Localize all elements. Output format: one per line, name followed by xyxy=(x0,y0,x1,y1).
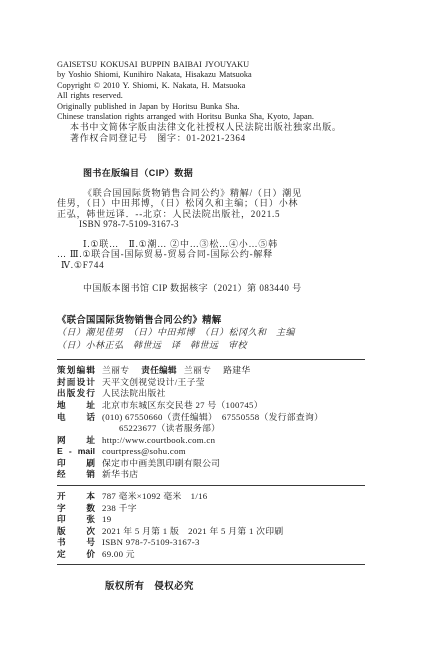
cip-line: 《联合国国际货物销售合同公约》精解/（日）潮见 xyxy=(57,188,365,199)
cip-description: 《联合国国际货物销售合同公约》精解/（日）潮见 佳男，（日）中田邦博，（日）松冈… xyxy=(57,188,365,230)
isbn-row: 书号 ISBN 978-7-5109-3167-3 xyxy=(57,537,365,549)
cover-design-row: 封面设计 天平文创视觉设计/王子莹 xyxy=(57,377,365,389)
cip-class-line: Ⅰ.①联… Ⅱ.①潮… ②中…③松…④小…⑤韩 xyxy=(57,239,365,250)
field-label: 电话 xyxy=(57,412,95,424)
cip-block: 图书在版编目（CIP）数据 《联合国国际货物销售合同公约》精解/（日）潮见 佳男… xyxy=(57,168,365,295)
format-row: 开本 787 毫米×1092 毫米 1/16 xyxy=(57,491,365,503)
field-value: 兰丽专责任编辑兰丽专路建华 xyxy=(102,365,250,377)
planning-editor-name: 兰丽专 xyxy=(102,365,129,375)
original-title-line: GAISETSU KOKUSAI BUPPIN BAIBAI JYOUYAKU xyxy=(57,60,365,70)
field-label: 封面设计 xyxy=(57,377,95,389)
email-address: courtpress@sohu.com xyxy=(102,446,186,458)
translation-rights-line: Chinese translation rights arranged with… xyxy=(57,112,365,122)
email-row: E - mail courtpress@sohu.com xyxy=(57,446,365,458)
rights-reserved-line: All rights reserved. xyxy=(57,91,365,101)
field-label: 字数 xyxy=(57,503,95,515)
field-label: 策划编辑 xyxy=(57,365,95,377)
distributor-row: 经销 新华书店 xyxy=(57,469,365,481)
divider-rule xyxy=(57,564,365,565)
price-row: 定价 69.00 元 xyxy=(57,549,365,561)
cip-class-line: Ⅳ.①F744 xyxy=(57,260,365,271)
page-content: GAISETSU KOKUSAI BUPPIN BAIBAI JYOUYAKU … xyxy=(57,60,365,592)
field-value: 787 毫米×1092 毫米 1/16 xyxy=(102,491,207,503)
cip-header: 图书在版编目（CIP）数据 xyxy=(57,168,365,179)
field-label: 印张 xyxy=(57,514,95,526)
field-label: 网址 xyxy=(57,435,95,447)
responsible-editor-name: 路建华 xyxy=(223,365,250,375)
field-label: 书号 xyxy=(57,537,95,549)
field-value: ISBN 978-7-5109-3167-3 xyxy=(102,537,200,549)
publisher-row: 出版发行 人民法院出版社 xyxy=(57,388,365,400)
translators-line: （日）小林正弘 韩世远 译 韩世远 审校 xyxy=(57,339,365,352)
website-url: http://www.courtbook.com.cn xyxy=(102,435,215,447)
telephone-line-1: (010) 67550660（责任编辑） 67550558（发行部查询） xyxy=(102,412,323,424)
book-title: 《联合国国际货物销售合同公约》精解 xyxy=(57,314,365,326)
responsible-editor-name: 兰丽专 xyxy=(184,365,211,375)
cip-class-line: … Ⅲ.①联合国-国际贸易-贸易合同-国际公约-解释 xyxy=(57,249,365,260)
print-spec-block: 开本 787 毫米×1092 毫米 1/16 字数 238 千字 印张 19 版… xyxy=(57,491,365,561)
cip-classification: Ⅰ.①联… Ⅱ.①潮… ②中…③松…④小…⑤韩 … Ⅲ.①联合国-国际贸易-贸易… xyxy=(57,239,365,271)
field-label: 定价 xyxy=(57,549,95,561)
copyright-notice: 版权所有 侵权必究 xyxy=(57,578,365,592)
cip-line: 正弘，韩世远译．--北京：人民法院出版社，2021.5 xyxy=(57,209,365,220)
field-label: 地址 xyxy=(57,400,95,412)
registration-number-line: 著作权合同登记号 图字：01-2021-2364 xyxy=(57,133,365,144)
original-copyright-block: GAISETSU KOKUSAI BUPPIN BAIBAI JYOUYAKU … xyxy=(57,60,365,144)
edition-row: 版次 2021 年 5 月第 1 版 2021 年 5 月第 1 次印刷 xyxy=(57,526,365,538)
word-count-row: 字数 238 千字 xyxy=(57,503,365,515)
title-block: 《联合国国际货物销售合同公约》精解 （日）潮见佳男 （日）中田邦博 （日）松冈久… xyxy=(57,314,365,352)
field-label: 经销 xyxy=(57,469,95,481)
field-value: 北京市东城区东交民巷 27 号（100745） xyxy=(102,400,263,412)
field-label: 出版发行 xyxy=(57,388,95,400)
field-value: 天平文创视觉设计/王子莹 xyxy=(102,377,205,389)
cip-line: 佳男，（日）中田邦博，（日）松冈久和主编；（日）小林 xyxy=(57,198,365,209)
field-value: 新华书店 xyxy=(102,469,138,481)
field-value: 238 千字 xyxy=(102,503,137,515)
publisher-info-block: 策划编辑 兰丽专责任编辑兰丽专路建华 封面设计 天平文创视觉设计/王子莹 出版发… xyxy=(57,365,365,481)
field-value: 保定市中画美凯印刷有限公司 xyxy=(102,458,220,470)
cip-record-number: 中国版本图书馆 CIP 数据核字（2021）第 083440 号 xyxy=(57,283,365,294)
telephone-row: 电话 (010) 67550660（责任编辑） 67550558（发行部查询） … xyxy=(57,412,365,435)
field-value: 2021 年 5 月第 1 版 2021 年 5 月第 1 次印刷 xyxy=(102,526,283,538)
divider-rule xyxy=(57,359,365,360)
field-label: 版次 xyxy=(57,526,95,538)
copyright-page: GAISETSU KOKUSAI BUPPIN BAIBAI JYOUYAKU … xyxy=(0,0,426,653)
field-value: 19 xyxy=(102,514,111,526)
field-value: 人民法院出版社 xyxy=(102,388,166,400)
original-publisher-line: Originally published in Japan by Horitsu… xyxy=(57,102,365,112)
field-value: (010) 67550660（责任编辑） 67550558（发行部查询） 652… xyxy=(102,412,323,435)
printer-row: 印刷 保定市中画美凯印刷有限公司 xyxy=(57,458,365,470)
address-row: 地址 北京市东城区东交民巷 27 号（100745） xyxy=(57,400,365,412)
field-label: 印刷 xyxy=(57,458,95,470)
planning-editor-row: 策划编辑 兰丽专责任编辑兰丽专路建华 xyxy=(57,365,365,377)
field-value: 69.00 元 xyxy=(102,549,135,561)
copyright-year-line: Copyright © 2010 Y. Shiomi, K. Nakata, H… xyxy=(57,81,365,91)
cip-isbn-line: ISBN 978-7-5109-3167-3 xyxy=(57,219,365,230)
divider-rule xyxy=(57,485,365,486)
field-label: 开本 xyxy=(57,491,95,503)
field-label: 责任编辑 xyxy=(141,365,177,375)
website-row: 网址 http://www.courtbook.com.cn xyxy=(57,435,365,447)
chinese-edition-line: 本书中文简体字版由法律文化社授权人民法院出版社独家出版。 xyxy=(57,122,365,133)
field-label: E - mail xyxy=(57,446,95,458)
sheets-row: 印张 19 xyxy=(57,514,365,526)
telephone-line-2: 65223677（读者服务部） xyxy=(102,423,323,435)
editors-line: （日）潮见佳男 （日）中田邦博 （日）松冈久和 主编 xyxy=(57,326,365,339)
original-authors-line: by Yoshio Shiomi, Kunihiro Nakata, Hisak… xyxy=(57,70,365,80)
